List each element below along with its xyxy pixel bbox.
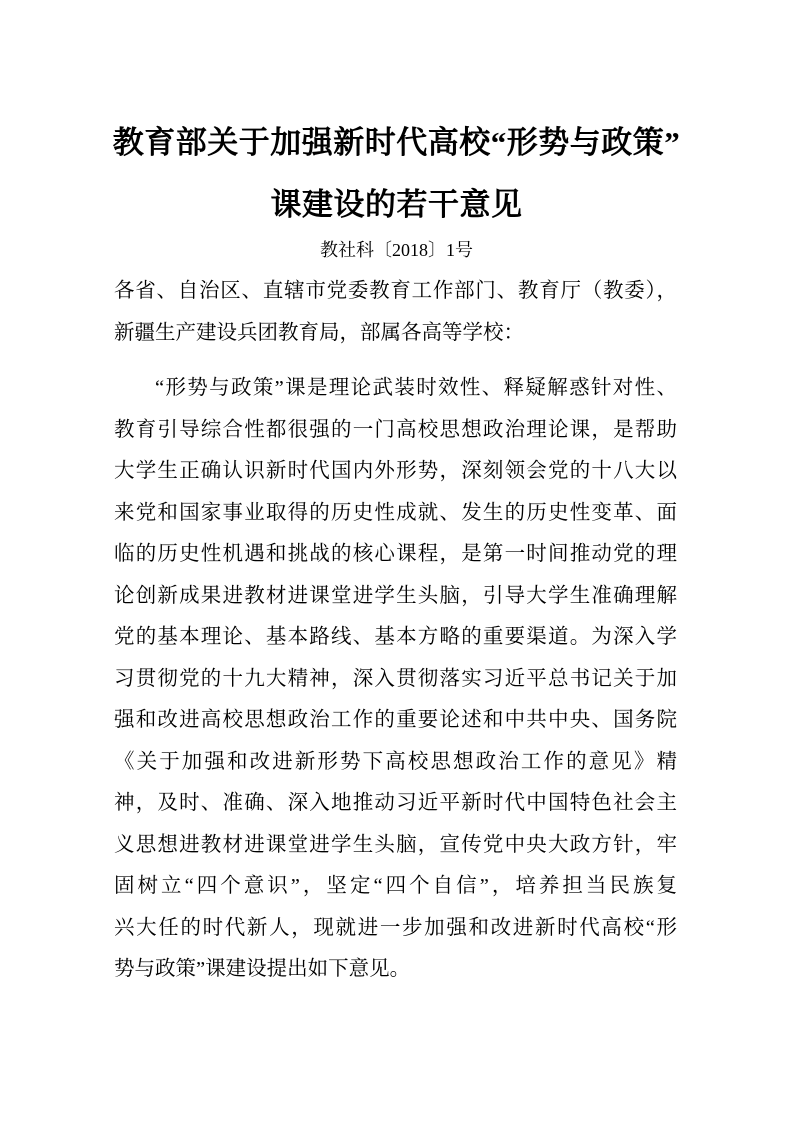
addressee-block: 各省、自治区、直辖市党委教育工作部门、教育厅（教委）， 新疆生产建设兵团教育局，… (114, 271, 677, 354)
paragraph-line: 临的历史性机遇和挑战的核心课程，是第一时间推动党的理 (114, 534, 677, 576)
paragraph-line: 义思想进教材进课堂进学生头脑，宣传党中央大政方针，牢 (114, 825, 677, 867)
paragraph-line: 党的基本理论、基本路线、基本方略的重要渠道。为深入学 (114, 617, 677, 659)
paragraph-line: 固树立“四个意识”，坚定“四个自信”，培养担当民族复 (114, 866, 677, 908)
paragraph-line: 强和改进高校思想政治工作的重要论述和中共中央、国务院 (114, 700, 677, 742)
document-title: 教育部关于加强新时代高校“形势与政策” 课建设的若干意见 (0, 0, 793, 236)
paragraph-line: 大学生正确认识新时代国内外形势，深刻领会党的十八大以 (114, 451, 677, 493)
body-paragraph: “形势与政策”课是理论武装时效性、释疑解惑针对性、 教育引导综合性都很强的一门高… (114, 368, 677, 991)
addressee-line: 各省、自治区、直辖市党委教育工作部门、教育厅（教委）， (114, 271, 677, 313)
document-number: 教社科〔2018〕1号 (0, 237, 793, 263)
paragraph-line: “形势与政策”课是理论武装时效性、释疑解惑针对性、 (114, 368, 677, 410)
paragraph-line: 论创新成果进教材进课堂进学生头脑，引导大学生准确理解 (114, 576, 677, 618)
document-body: 各省、自治区、直辖市党委教育工作部门、教育厅（教委）， 新疆生产建设兵团教育局，… (114, 271, 677, 991)
paragraph-line: 习贯彻党的十九大精神，深入贯彻落实习近平总书记关于加 (114, 659, 677, 701)
paragraph-line: 势与政策”课建设提出如下意见。 (114, 949, 677, 991)
document-title-line-2: 课建设的若干意见 (0, 174, 793, 236)
paragraph-line: 《关于加强和改进新形势下高校思想政治工作的意见》精 (114, 742, 677, 784)
paragraph-line: 神，及时、准确、深入地推动习近平新时代中国特色社会主 (114, 783, 677, 825)
paragraph-line: 来党和国家事业取得的历史性成就、发生的历史性变革、面 (114, 493, 677, 535)
document-title-line-1: 教育部关于加强新时代高校“形势与政策” (0, 112, 793, 174)
addressee-line: 新疆生产建设兵团教育局，部属各高等学校： (114, 313, 677, 355)
document-page: 教育部关于加强新时代高校“形势与政策” 课建设的若干意见 教社科〔2018〕1号… (0, 0, 793, 1122)
paragraph-line: 兴大任的时代新人，现就进一步加强和改进新时代高校“形 (114, 908, 677, 950)
paragraph-line: 教育引导综合性都很强的一门高校思想政治理论课，是帮助 (114, 410, 677, 452)
